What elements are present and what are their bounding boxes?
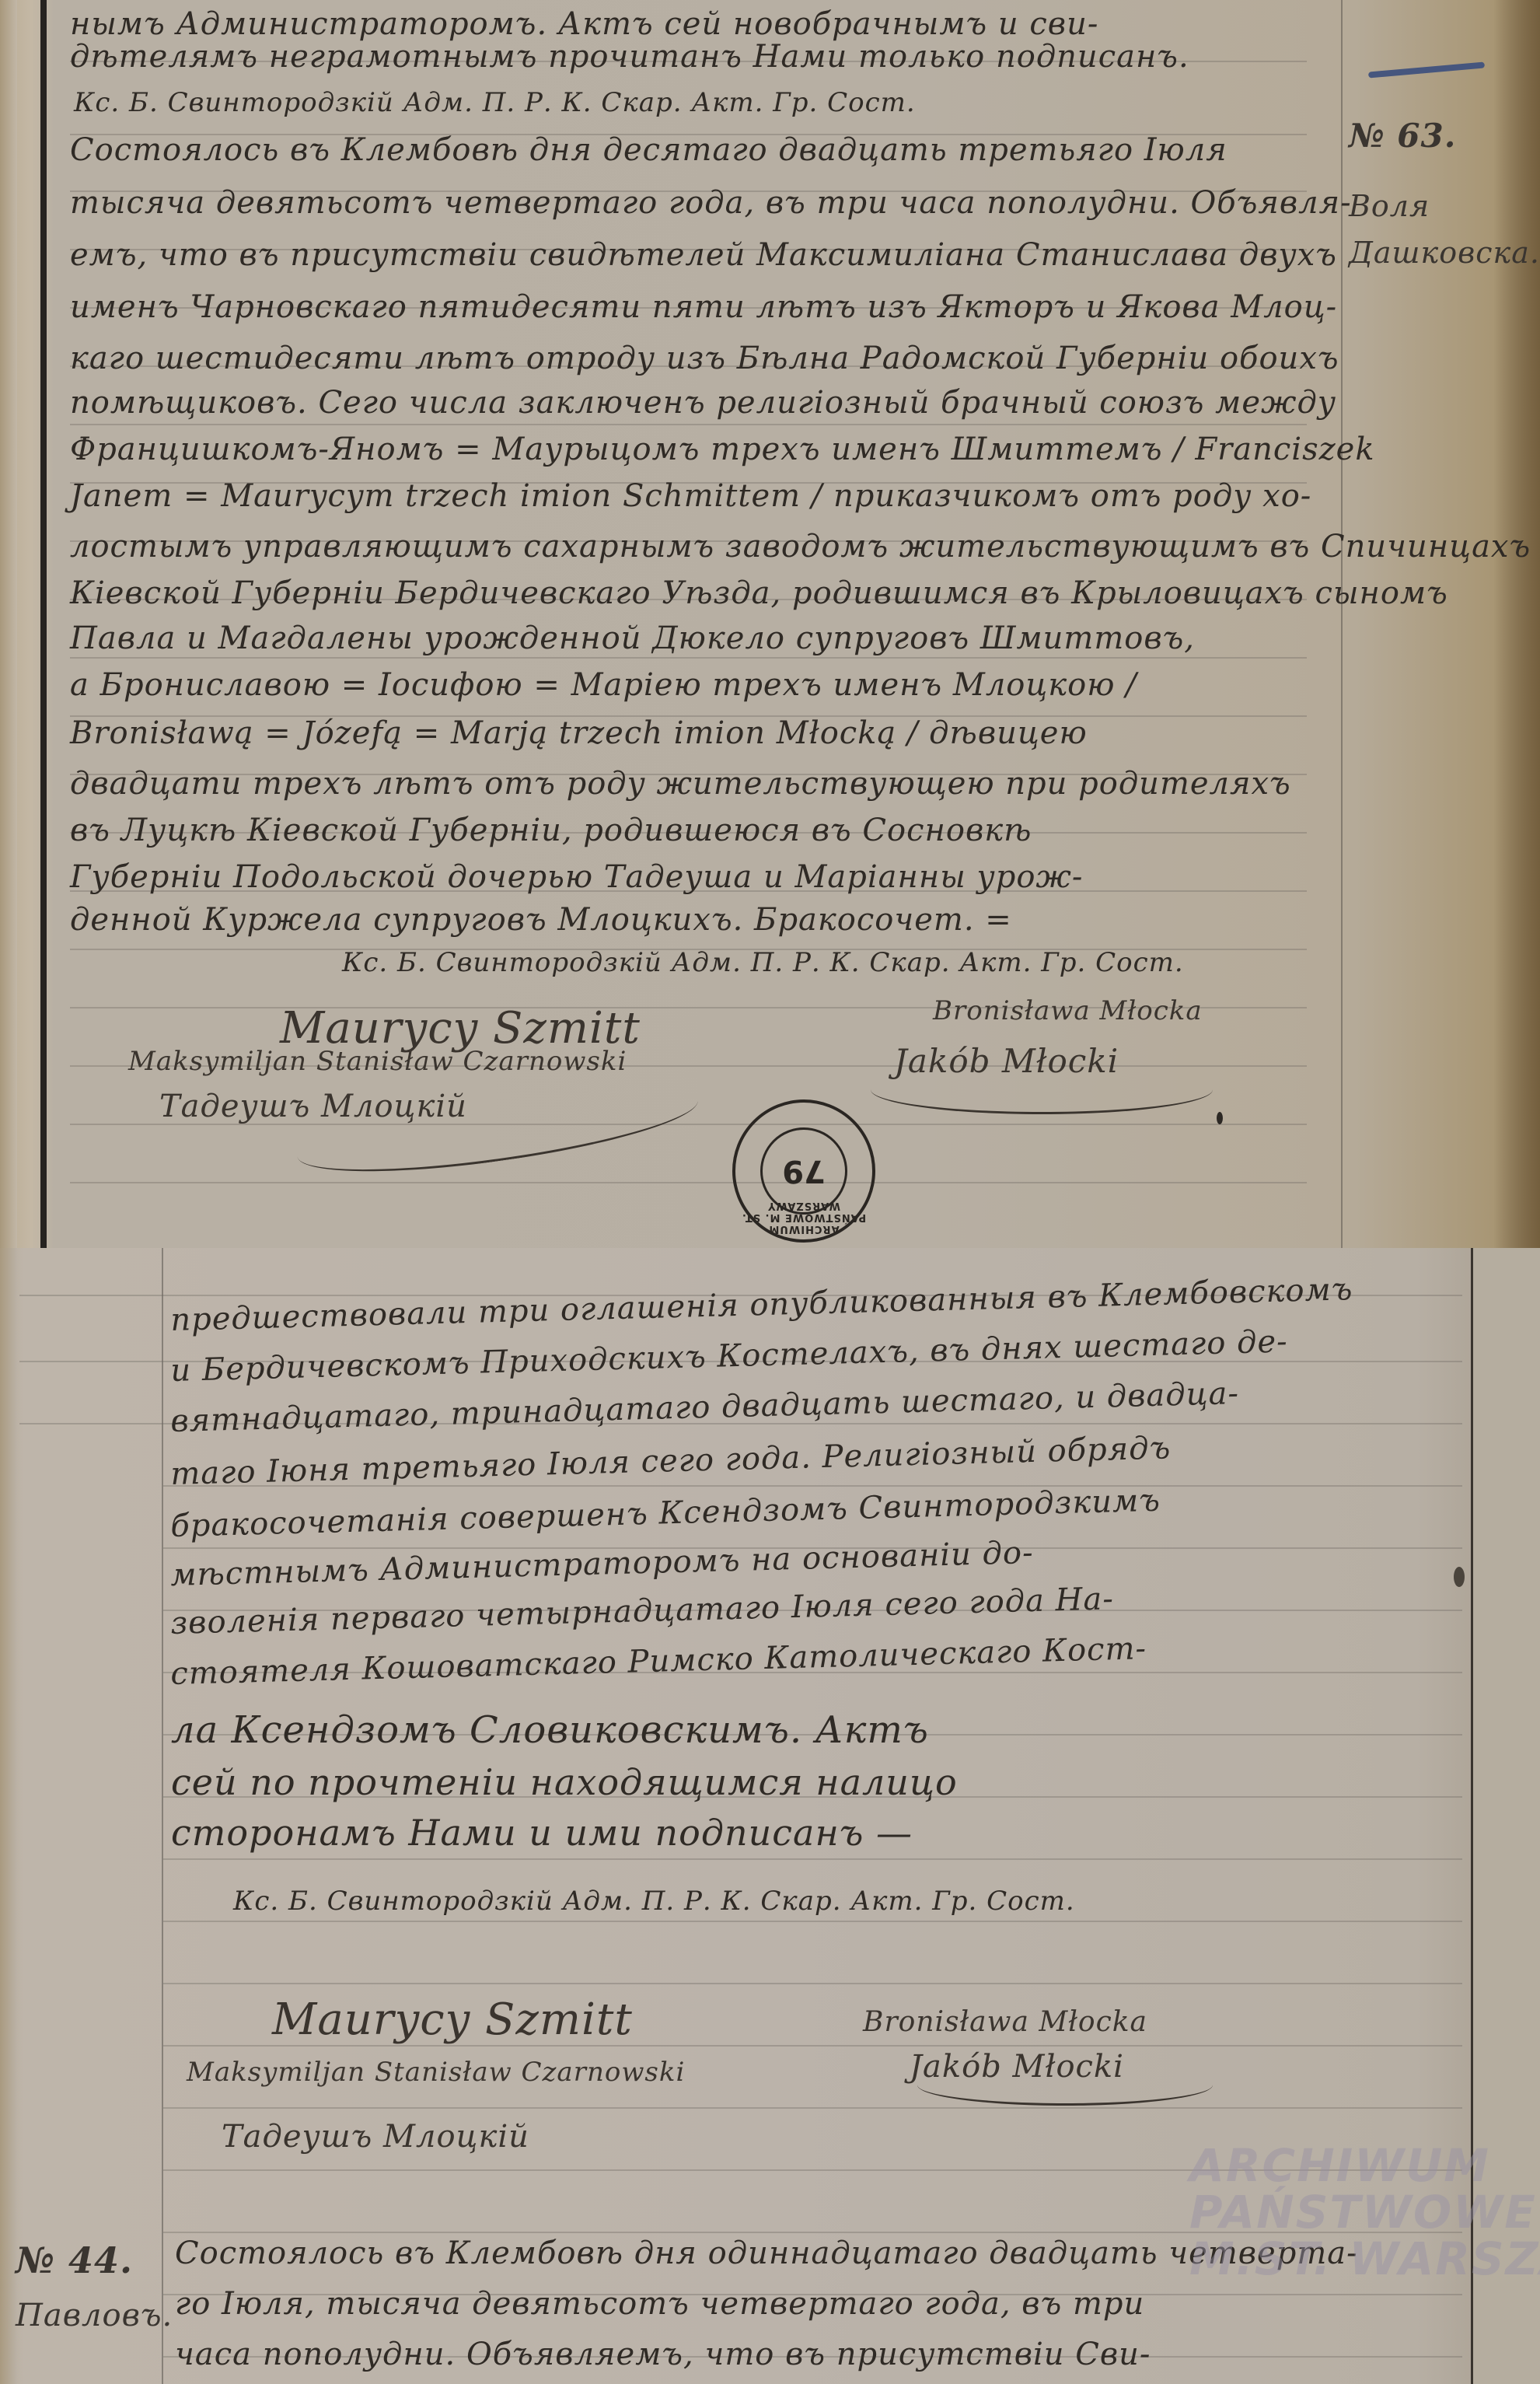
ruled-line [163,2107,1462,2109]
record-line: тысяча девятьсотъ четвертаго года, въ тр… [70,185,1352,221]
archive-stamp: ARCHIWUM PAŃSTWOWE M. ST. WARSZAWY 79 [732,1099,875,1243]
signature-flourish [917,2064,1213,2106]
record-line: ла Ксендзомъ Словиковскимъ. Актъ [171,1708,929,1752]
record-line: въ Луцкѣ Кіевской Губерніи, родившеюся в… [70,813,1032,848]
record-line: Состоялось въ Клембовѣ дня десятаго двад… [70,132,1227,168]
margin-rule [162,1248,163,2384]
record-line: стоятеля Кошоватскаго Римско Католическа… [170,1631,1147,1692]
ruled-line [163,2045,1462,2047]
ruled-line [70,424,1307,425]
signature-witness-1: Maksymiljan Stanisław Czarnowski [128,1046,627,1077]
record-line: Состоялось въ Клембовѣ дня одиннадцатаго… [175,2235,1358,2271]
record-line: мѣстнымъ Администраторомъ на основаніи д… [170,1535,1034,1593]
officiant-signature: Кс. Б. Свинтородзкій Адм. П. Р. К. Скар.… [233,1886,1075,1917]
record-line: зволенія перваго четырнадцатаго Іюля сег… [170,1581,1115,1641]
ruled-line [163,1858,1462,1860]
record-line: сторонамъ Нами и ими подписанъ — [171,1812,913,1854]
record-line: таго Іюня третьяго Іюля сего года. Религ… [170,1430,1172,1492]
record-line: Францишкомъ-Яномъ = Маурыцомъ трехъ имен… [70,432,1375,467]
margin-place-name: Воля Дашковска. [1349,183,1528,276]
record-line: Janem = Maurycym trzech imion Schmittem … [70,478,1311,514]
record-line: часа пополудни. Объявляемъ, что въ прису… [175,2337,1151,2372]
record-line: Губерніи Подольской дочерью Тадеуша и Ма… [70,859,1083,895]
ruled-line [163,1983,1462,1984]
scan-top-page: нымъ Администраторомъ. Актъ сей новобрач… [0,0,1540,1248]
record-line: денной Куржела супруговъ Млоцкихъ. Брако… [70,902,1012,938]
margin-surname: Павловъ. [16,2298,173,2333]
ruled-line [70,657,1307,659]
signature-bride: Bronisława Młocka [933,995,1203,1026]
signature-flourish [293,1068,702,1189]
ink-spot [1454,1567,1465,1587]
officiant-signature: Кс. Б. Свинтородзкій Адм. П. Р. К. Скар.… [74,87,916,118]
scan-bottom-page: предшествовали три оглашенія опубликован… [0,1248,1540,2384]
entry-number: № 44. [16,2239,133,2281]
record-line: Павла и Магдалены урожденной Дюкело супр… [70,620,1195,656]
record-line: вятнадцатаго, тринадцатаго двадцать шест… [170,1376,1240,1439]
previous-page-edge [0,1248,17,2384]
record-line: помѣщиковъ. Сего числа заключенъ религіо… [70,385,1336,421]
record-line: каго шестидесяти лѣтъ отроду изъ Бѣлна Р… [70,341,1339,376]
binding-edge [40,0,47,1248]
record-line: Bronisławą = Józefą = Marją trzech imion… [70,715,1088,751]
record-line: го Іюля, тысяча девятьсотъ четвертаго го… [175,2286,1144,2322]
officiant-signature: Кс. Б. Свинтородзкій Адм. П. Р. К. Скар.… [342,947,1184,978]
signature-father: Тадеушъ Млоцкій [222,2119,529,2155]
entry-number: № 63. [1349,117,1456,155]
record-line: а Брониславою = Іосифою = Маріею трехъ и… [70,667,1137,703]
ruled-line [163,1921,1462,1922]
ruled-line [70,1182,1307,1183]
record-line: Кіевской Губерніи Бердичевскаго Уѣзда, р… [70,575,1448,611]
signature-bride: Bronisława Młocka [863,2006,1147,2038]
signature-groom: Maurycy Szmitt [272,1994,633,2045]
record-line: дѣтелямъ неграмотнымъ прочитанъ Нами тол… [70,39,1189,75]
record-line: емъ, что въ присутствіи свидѣтелей Макси… [70,237,1337,273]
record-line: сей по прочтеніи находящимся налицо [171,1761,958,1803]
previous-page-edge [0,0,17,1248]
record-line: нымъ Администраторомъ. Актъ сей новобрач… [70,6,1098,42]
blue-pencil-mark [1368,61,1485,78]
record-line: двадцати трехъ лѣтъ отъ роду жительствую… [70,766,1291,802]
record-line: именъ Чарновскаго пятидесяти пяти лѣтъ и… [70,289,1337,325]
ink-spot [1217,1112,1223,1124]
stamp-ring-text: ARCHIWUM PAŃSTWOWE M. ST. WARSZAWY [735,1200,872,1235]
archive-watermark: ARCHIWUM PAŃSTWOWE M.ST. WARSZAWY [1189,2142,1540,2282]
record-line: лостымъ управляющимъ сахарнымъ заводомъ … [70,529,1531,565]
signature-witness-1: Maksymiljan Stanisław Czarnowski [187,2057,685,2088]
signature-flourish [871,1065,1213,1114]
